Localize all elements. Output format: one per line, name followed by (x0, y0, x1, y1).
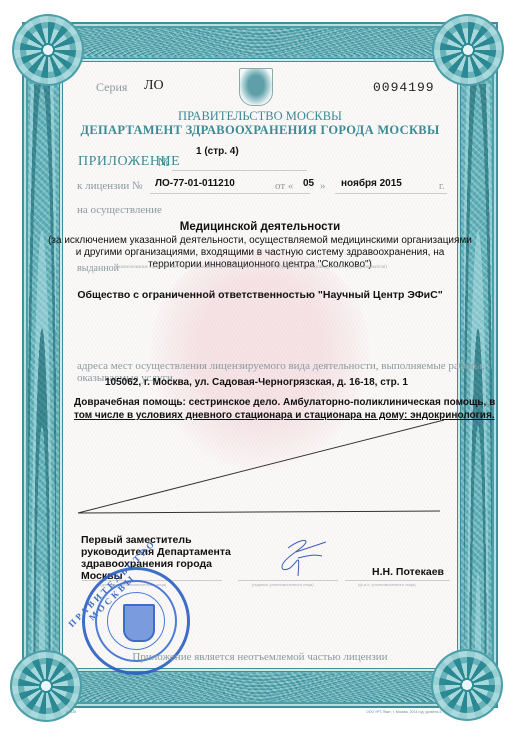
printer-info-right: ООО «РТ-Пмк», г. Москва, 2014 год, урове… (366, 710, 442, 714)
name-underline (345, 580, 450, 581)
printer-code-left: А1035 (66, 710, 76, 714)
signatory-name: Н.Н. Потекаев (372, 566, 444, 578)
signatory-position-line: руководителя Департамента (81, 546, 231, 558)
name-caption: (ф.и.о. уполномоченного лица) (358, 582, 416, 587)
footer-note: Приложение является неотъемлемой частью … (0, 651, 520, 663)
handwritten-signature-icon (270, 532, 330, 580)
signature-underline (238, 580, 338, 581)
moscow-coat-of-arms-stamp-icon (123, 604, 155, 642)
signatory-position-line: здравоохранения города (81, 558, 231, 570)
signature-caption: (подпись уполномоченного лица) (252, 582, 314, 587)
